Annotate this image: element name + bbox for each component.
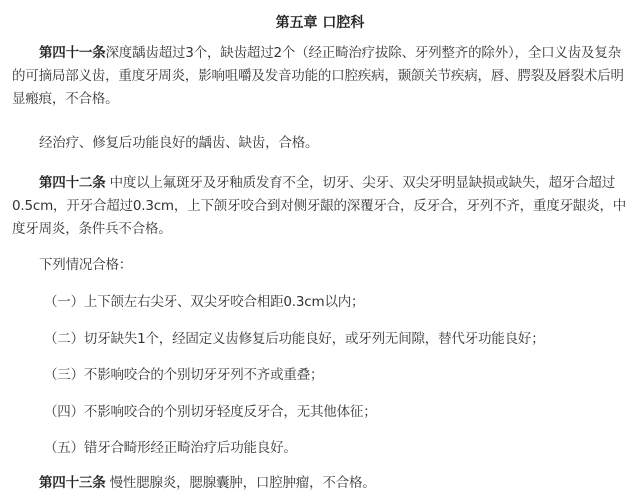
article-43: 第四十三条 慢性腮腺炎，腮腺囊肿，口腔肿瘤，不合格。	[12, 472, 628, 495]
article-text: 经治疗、修复后功能良好的龋齿、缺齿，合格。	[39, 135, 318, 151]
chapter-title: 第五章 口腔科	[0, 12, 640, 32]
article-text: 慢性腮腺炎，腮腺囊肿，口腔肿瘤，不合格。	[106, 475, 376, 491]
list-item: （四）不影响咬合的个别切牙轻度反牙合，无其他体征；	[44, 401, 634, 424]
list-item: （二）切牙缺失1个，经固定义齿修复后功能良好，或牙列无间隙，替代牙功能良好；	[44, 328, 634, 351]
article-heading: 第四十一条	[39, 45, 106, 61]
qualify-intro: 下列情况合格：	[12, 254, 628, 277]
list-item: （三）不影响咬合的个别切牙牙列不齐或重叠；	[44, 364, 634, 387]
list-item: （五）错牙合畸形经正畸治疗后功能良好。	[44, 437, 634, 460]
article-heading: 第四十三条	[39, 475, 106, 491]
article-heading: 第四十二条	[39, 175, 106, 191]
article-41-note: 经治疗、修复后功能良好的龋齿、缺齿，合格。	[12, 132, 628, 155]
article-41: 第四十一条深度龋齿超过3个，缺齿超过2个（经正畸治疗拔除、牙列整齐的除外），全口…	[12, 42, 628, 111]
article-text: 下列情况合格：	[39, 257, 132, 273]
article-42: 第四十二条 中度以上氟斑牙及牙釉质发育不全，切牙、尖牙、双尖牙明显缺损或缺失，超…	[12, 172, 628, 241]
list-item: （一）上下颌左右尖牙、双尖牙咬合相距0.3cm以内；	[44, 291, 634, 314]
